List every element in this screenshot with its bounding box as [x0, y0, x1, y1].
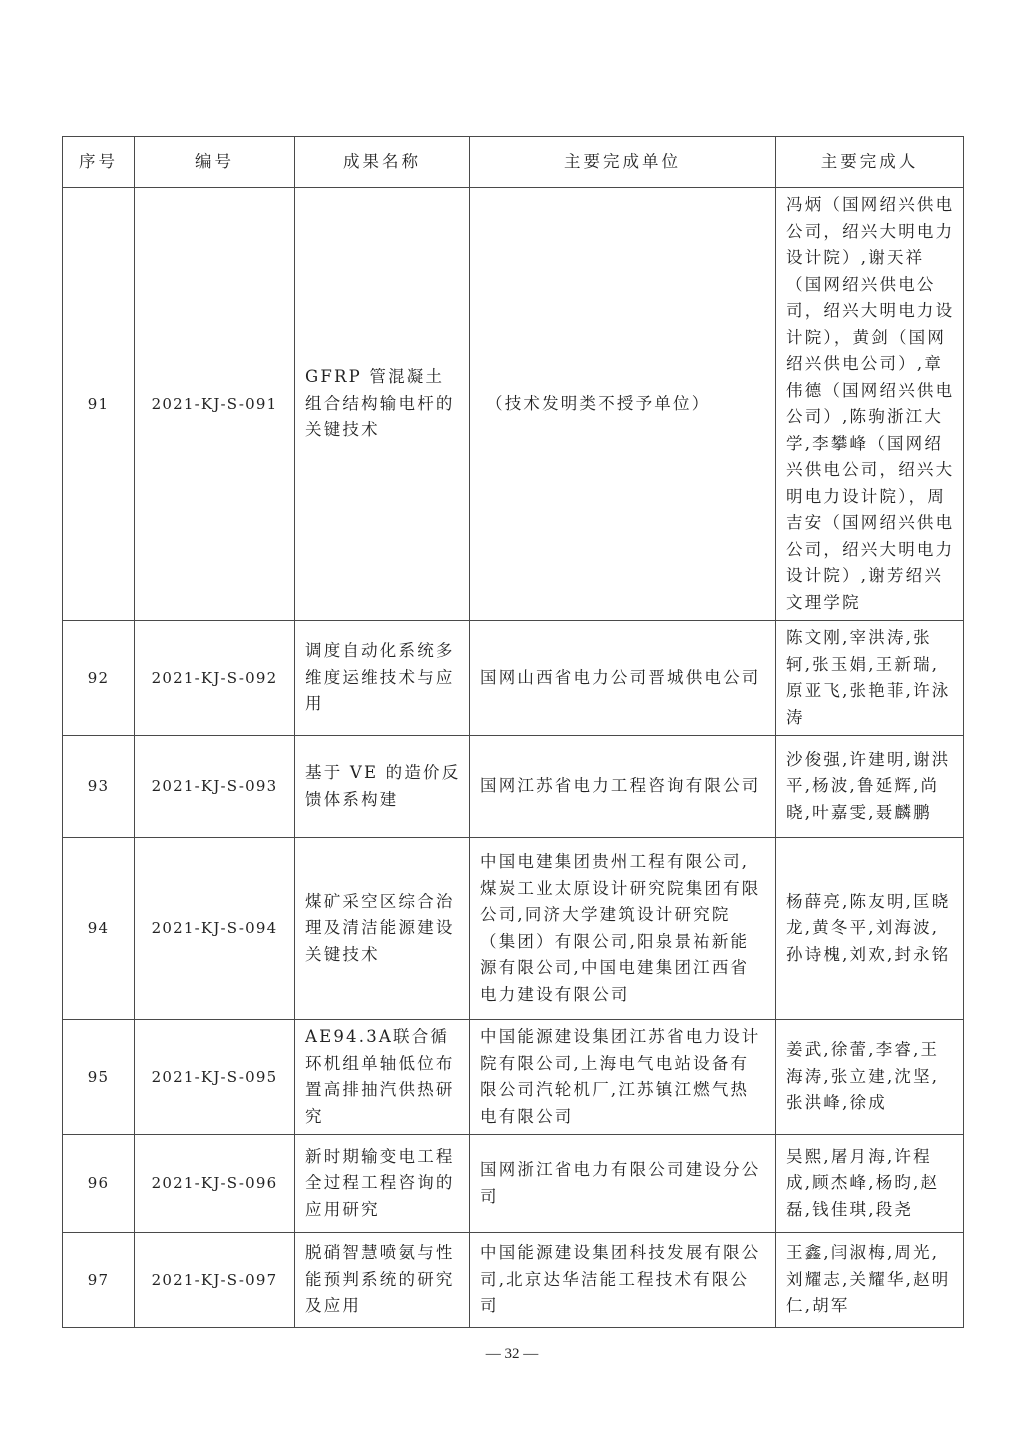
table-row: 94 2021-KJ-S-094 煤矿采空区综合治理及清洁能源建设关键技术 中国…: [63, 838, 964, 1020]
cell-main-contributors: 冯炳（国网绍兴供电公司，绍兴大明电力设计院）,谢天祥（国网绍兴供电公司，绍兴大明…: [776, 188, 964, 621]
cell-main-units: 中国电建集团贵州工程有限公司,煤炭工业太原设计研究院集团有限公司,同济大学建筑设…: [470, 838, 776, 1020]
cell-main-contributors: 王鑫,闫淑梅,周光,刘耀志,关耀华,赵明仁,胡军: [776, 1233, 964, 1328]
page-number: — 32 —: [0, 1346, 1024, 1363]
header-main-units: 主要完成单位: [470, 137, 776, 188]
cell-code: 2021-KJ-S-093: [135, 736, 295, 838]
cell-main-units: 国网山西省电力公司晋城供电公司: [470, 621, 776, 736]
document-page: 序号 编号 成果名称 主要完成单位 主要完成人 91 2021-KJ-S-091…: [62, 136, 963, 1328]
table-row: 92 2021-KJ-S-092 调度自动化系统多维度运维技术与应用 国网山西省…: [63, 621, 964, 736]
cell-achievement-name: 脱硝智慧喷氨与性能预判系统的研究及应用: [295, 1233, 470, 1328]
table-row: 95 2021-KJ-S-095 AE94.3A联合循环机组单轴低位布置高排抽汽…: [63, 1020, 964, 1135]
awards-table: 序号 编号 成果名称 主要完成单位 主要完成人 91 2021-KJ-S-091…: [62, 136, 964, 1328]
cell-serial: 97: [63, 1233, 135, 1328]
cell-serial: 96: [63, 1135, 135, 1233]
cell-serial: 94: [63, 838, 135, 1020]
cell-code: 2021-KJ-S-092: [135, 621, 295, 736]
cell-serial: 93: [63, 736, 135, 838]
cell-achievement-name: 煤矿采空区综合治理及清洁能源建设关键技术: [295, 838, 470, 1020]
cell-code: 2021-KJ-S-091: [135, 188, 295, 621]
table-row: 93 2021-KJ-S-093 基于 VE 的造价反馈体系构建 国网江苏省电力…: [63, 736, 964, 838]
table-row: 96 2021-KJ-S-096 新时期输变电工程全过程工程咨询的应用研究 国网…: [63, 1135, 964, 1233]
table-row: 97 2021-KJ-S-097 脱硝智慧喷氨与性能预判系统的研究及应用 中国能…: [63, 1233, 964, 1328]
cell-achievement-name: AE94.3A联合循环机组单轴低位布置高排抽汽供热研究: [295, 1020, 470, 1135]
header-achievement-name: 成果名称: [295, 137, 470, 188]
cell-main-units: 中国能源建设集团江苏省电力设计院有限公司,上海电气电站设备有限公司汽轮机厂,江苏…: [470, 1020, 776, 1135]
cell-main-units: 国网浙江省电力有限公司建设分公司: [470, 1135, 776, 1233]
header-code: 编号: [135, 137, 295, 188]
cell-achievement-name: 新时期输变电工程全过程工程咨询的应用研究: [295, 1135, 470, 1233]
cell-code: 2021-KJ-S-096: [135, 1135, 295, 1233]
header-main-contributors: 主要完成人: [776, 137, 964, 188]
cell-main-contributors: 吴熙,屠月海,许程成,顾杰峰,杨昀,赵磊,钱佳琪,段尧: [776, 1135, 964, 1233]
cell-main-contributors: 沙俊强,许建明,谢洪平,杨波,鲁延辉,尚晓,叶嘉雯,聂麟鹏: [776, 736, 964, 838]
cell-code: 2021-KJ-S-097: [135, 1233, 295, 1328]
cell-serial: 92: [63, 621, 135, 736]
cell-main-units: 中国能源建设集团科技发展有限公司,北京达华洁能工程技术有限公司: [470, 1233, 776, 1328]
cell-serial: 95: [63, 1020, 135, 1135]
cell-code: 2021-KJ-S-095: [135, 1020, 295, 1135]
cell-achievement-name: 调度自动化系统多维度运维技术与应用: [295, 621, 470, 736]
cell-achievement-name: GFRP 管混凝土组合结构输电杆的关键技术: [295, 188, 470, 621]
cell-main-units: 国网江苏省电力工程咨询有限公司: [470, 736, 776, 838]
cell-main-units: （技术发明类不授予单位）: [470, 188, 776, 621]
table-header-row: 序号 编号 成果名称 主要完成单位 主要完成人: [63, 137, 964, 188]
cell-main-contributors: 姜武,徐蕾,李睿,王海涛,张立建,沈坚,张洪峰,徐成: [776, 1020, 964, 1135]
cell-main-contributors: 杨薛亮,陈友明,匡晓龙,黄冬平,刘海波,孙诗槐,刘欢,封永铭: [776, 838, 964, 1020]
cell-main-contributors: 陈文刚,宰洪涛,张轲,张玉娟,王新瑞,原亚飞,张艳菲,许泳涛: [776, 621, 964, 736]
cell-serial: 91: [63, 188, 135, 621]
header-serial: 序号: [63, 137, 135, 188]
cell-achievement-name: 基于 VE 的造价反馈体系构建: [295, 736, 470, 838]
cell-code: 2021-KJ-S-094: [135, 838, 295, 1020]
table-row: 91 2021-KJ-S-091 GFRP 管混凝土组合结构输电杆的关键技术 （…: [63, 188, 964, 621]
